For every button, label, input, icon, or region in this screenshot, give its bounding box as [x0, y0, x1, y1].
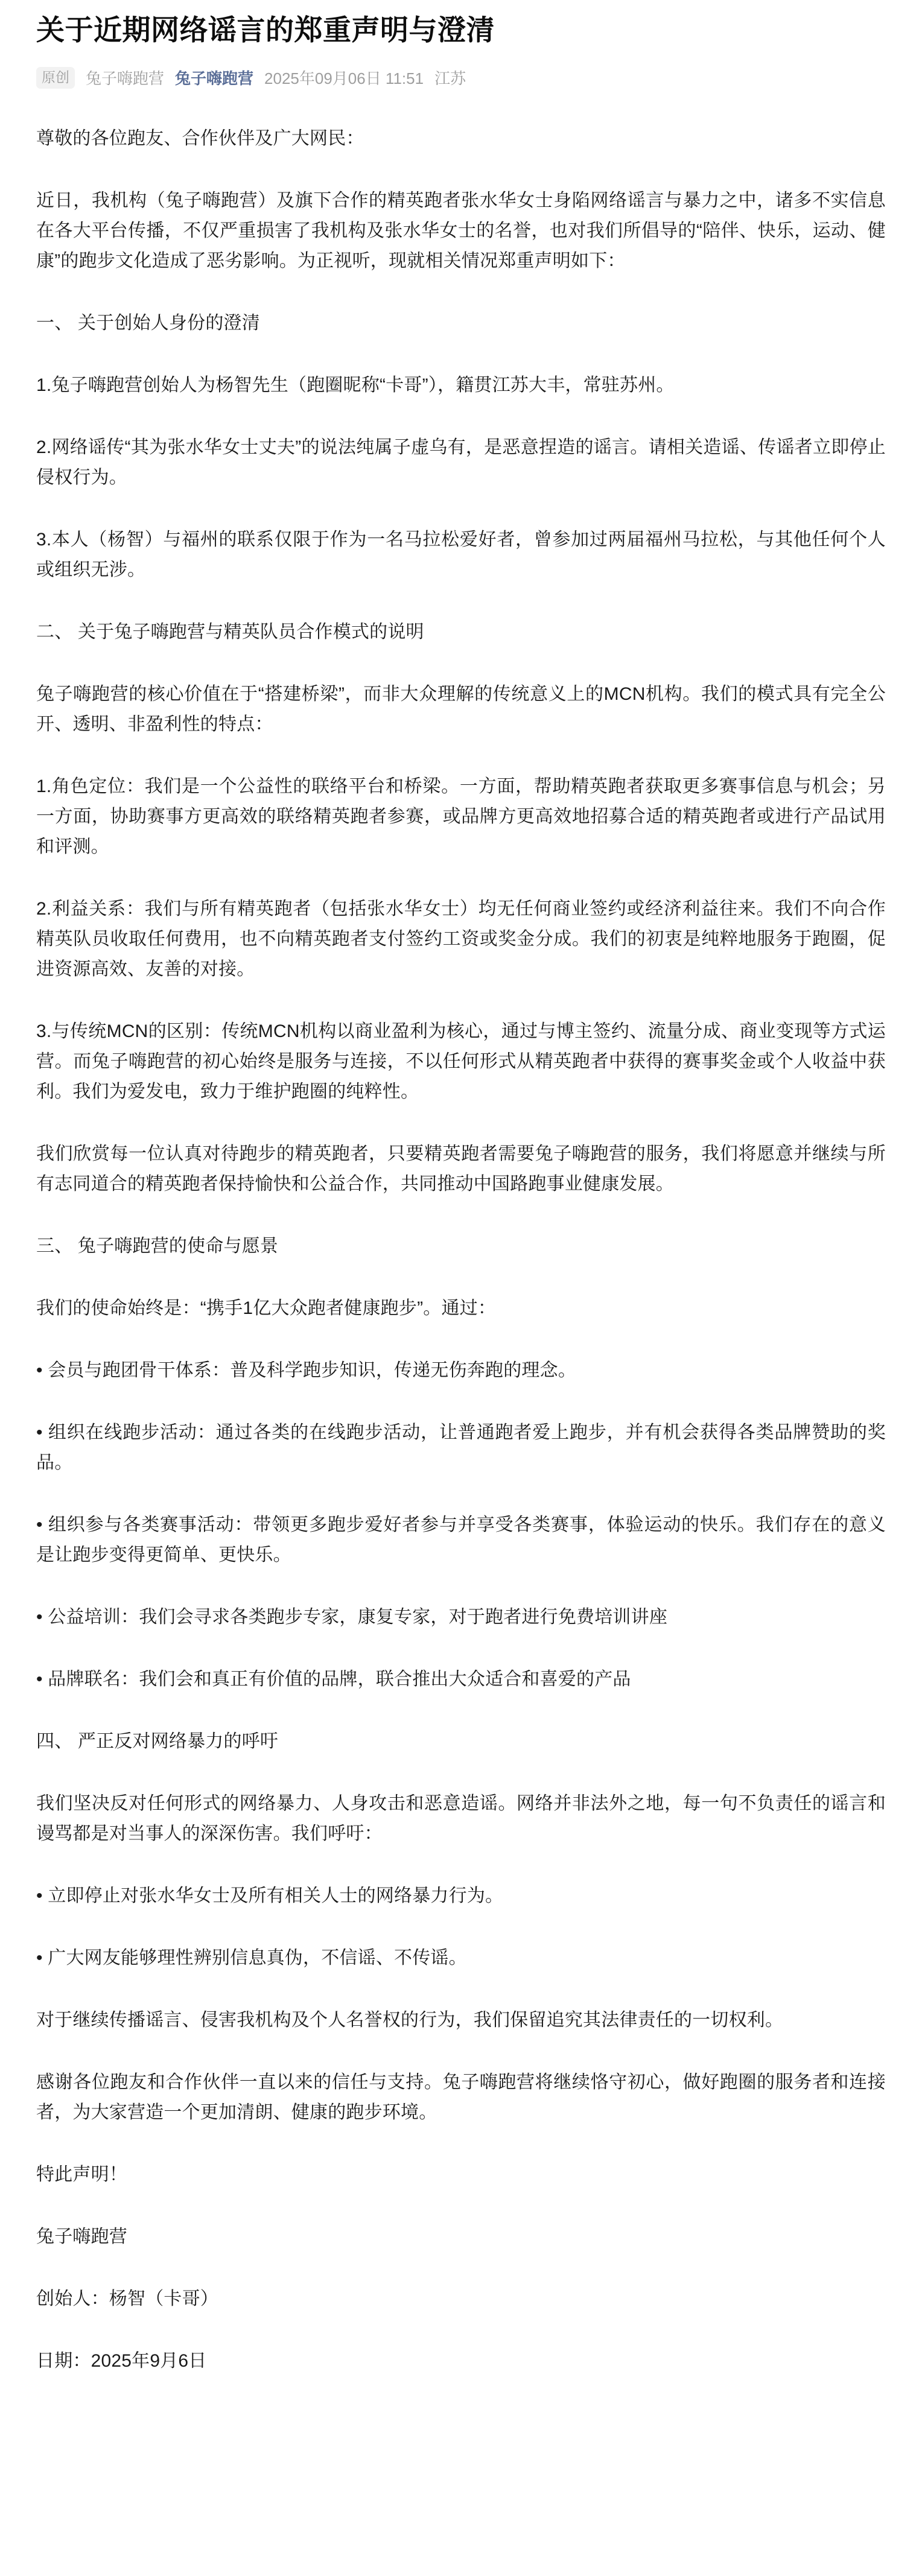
- section-heading-4: 四、 严正反对网络暴力的呼吁: [36, 1727, 886, 1757]
- paragraph-intro: 近日，我机构（兔子嗨跑营）及旗下合作的精英跑者张水华女士身陷网络谣言与暴力之中，…: [36, 186, 886, 276]
- bullet-item: • 会员与跑团骨干体系：普及科学跑步知识，传递无伤奔跑的理念。: [36, 1356, 886, 1386]
- publish-datetime: 2025年09月06日 11:51: [264, 66, 424, 89]
- paragraph: 对于继续传播谣言、侵害我机构及个人名誉权的行为，我们保留追究其法律责任的一切权利…: [36, 2005, 886, 2035]
- article-meta: 原创 兔子嗨跑营 兔子嗨跑营 2025年09月06日 11:51 江苏: [36, 66, 886, 89]
- signature-org: 兔子嗨跑营: [36, 2222, 886, 2252]
- signature-date: 日期：2025年9月6日: [36, 2346, 886, 2376]
- article: 关于近期网络谣言的郑重声明与澄清 原创 兔子嗨跑营 兔子嗨跑营 2025年09月…: [36, 10, 886, 2376]
- article-page: 关于近期网络谣言的郑重声明与澄清 原创 兔子嗨跑营 兔子嗨跑营 2025年09月…: [0, 0, 922, 2576]
- publish-location: 江苏: [434, 66, 466, 89]
- bullet-item: • 公益培训：我们会寻求各类跑步专家，康复专家，对于跑者进行免费培训讲座: [36, 1602, 886, 1632]
- section-heading-2: 二、 关于兔子嗨跑营与精英队员合作模式的说明: [36, 617, 886, 647]
- paragraph-closing: 特此声明！: [36, 2160, 886, 2190]
- paragraph: 2.网络谣传“其为张水华女士丈夫”的说法纯属子虚乌有，是恶意捏造的谣言。请相关造…: [36, 433, 886, 493]
- paragraph: 2.利益关系：我们与所有精英跑者（包括张水华女士）均无任何商业签约或经济利益往来…: [36, 894, 886, 985]
- original-badge: 原创: [36, 67, 75, 89]
- paragraph: 我们欣赏每一位认真对待跑步的精英跑者，只要精英跑者需要兔子嗨跑营的服务，我们将愿…: [36, 1139, 886, 1199]
- paragraph: 感谢各位跑友和合作伙伴一直以来的信任与支持。兔子嗨跑营将继续恪守初心，做好跑圈的…: [36, 2067, 886, 2128]
- bullet-item: • 组织参与各类赛事活动：带领更多跑步爱好者参与并享受各类赛事，体验运动的快乐。…: [36, 1510, 886, 1570]
- section-heading-3: 三、 兔子嗨跑营的使命与愿景: [36, 1231, 886, 1261]
- signature-founder: 创始人：杨智（卡哥）: [36, 2284, 886, 2314]
- paragraph: 3.本人（杨智）与福州的联系仅限于作为一名马拉松爱好者，曾参加过两届福州马拉松，…: [36, 525, 886, 585]
- paragraph: 我们坚决反对任何形式的网络暴力、人身攻击和恶意造谣。网络并非法外之地，每一句不负…: [36, 1789, 886, 1849]
- paragraph-salutation: 尊敬的各位跑友、合作伙伴及广大网民：: [36, 124, 886, 154]
- section-heading-1: 一、 关于创始人身份的澄清: [36, 308, 886, 338]
- paragraph: 我们的使命始终是：“携手1亿大众跑者健康跑步”。通过：: [36, 1293, 886, 1324]
- article-body: 尊敬的各位跑友、合作伙伴及广大网民： 近日，我机构（兔子嗨跑营）及旗下合作的精英…: [36, 124, 886, 2376]
- paragraph: 1.角色定位：我们是一个公益性的联络平台和桥梁。一方面，帮助精英跑者获取更多赛事…: [36, 772, 886, 862]
- account-link[interactable]: 兔子嗨跑营: [175, 66, 253, 89]
- bullet-item: • 组织在线跑步活动：通过各类的在线跑步活动，让普通跑者爱上跑步，并有机会获得各…: [36, 1418, 886, 1478]
- paragraph: 1.兔子嗨跑营创始人为杨智先生（跑圈昵称“卡哥”），籍贯江苏大丰，常驻苏州。: [36, 370, 886, 401]
- bullet-item: • 品牌联名：我们会和真正有价值的品牌，联合推出大众适合和喜爱的产品: [36, 1664, 886, 1695]
- paragraph: 3.与传统MCN的区别：传统MCN机构以商业盈利为核心，通过与博主签约、流量分成…: [36, 1017, 886, 1107]
- author-name: 兔子嗨跑营: [86, 66, 164, 89]
- paragraph: 兔子嗨跑营的核心价值在于“搭建桥梁”，而非大众理解的传统意义上的MCN机构。我们…: [36, 679, 886, 740]
- bullet-item: • 广大网友能够理性辨别信息真伪，不信谣、不传谣。: [36, 1943, 886, 1973]
- bullet-item: • 立即停止对张水华女士及所有相关人士的网络暴力行为。: [36, 1881, 886, 1911]
- article-title: 关于近期网络谣言的郑重声明与澄清: [36, 10, 886, 51]
